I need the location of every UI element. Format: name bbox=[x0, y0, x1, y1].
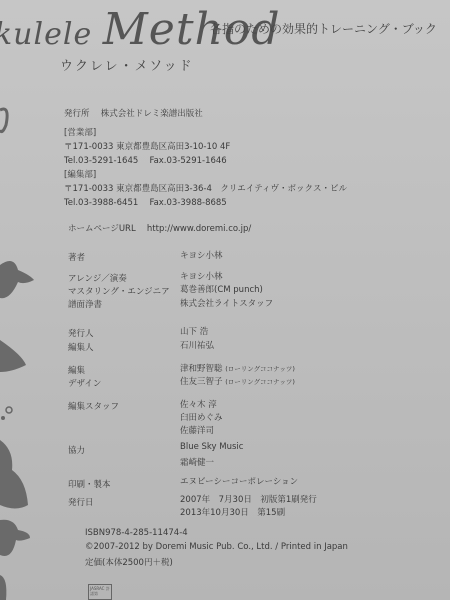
homepage-url[interactable]: http://www.doremi.co.jp/ bbox=[147, 224, 251, 234]
price: 定価(本体2500円＋税) bbox=[85, 556, 173, 568]
credit-value: 2013年10月30日 第15刷 bbox=[180, 506, 285, 518]
homepage-label: ホームページURL bbox=[68, 224, 136, 234]
publisher-line: 発行所 株式会社ドレミ楽譜出版社 bbox=[64, 107, 203, 119]
credit-label: 著者 bbox=[68, 251, 85, 263]
jasrac-stamp: JASRAC 許諾第 bbox=[88, 584, 112, 600]
credit-value: 霜崎健一 bbox=[180, 456, 214, 468]
sales-dept-address: 〒171-0033 東京都豊島区高田3-10-10 4F bbox=[64, 140, 230, 152]
editorial-dept-address: 〒171-0033 東京都豊島区高田3-36-4 クリエイティヴ・ボックス・ビル bbox=[64, 182, 347, 194]
credit-value: 葛巻善郎(CM punch) bbox=[180, 283, 263, 295]
credit-label: マスタリング・エンジニア bbox=[68, 285, 170, 297]
credit-value: 佐藤洋司 bbox=[180, 424, 214, 436]
editor-affiliation: (ローリングココナッツ) bbox=[225, 365, 295, 373]
credit-value: Blue Sky Music bbox=[180, 442, 243, 452]
homepage-line: ホームページURL http://www.doremi.co.jp/ bbox=[68, 222, 251, 234]
publisher-name: 株式会社ドレミ楽譜出版社 bbox=[101, 109, 203, 119]
sales-dept-tel-fax: Tel.03-5291-1645 Fax.03-5291-1646 bbox=[64, 154, 227, 166]
credit-label: 編集 bbox=[68, 364, 85, 376]
credit-label: アレンジ／演奏 bbox=[68, 272, 127, 284]
credit-value: 住友三智子 (ローリングココナッツ) bbox=[180, 375, 295, 387]
credit-value: キヨシ小林 bbox=[180, 270, 223, 282]
colophon-page: kulele Method 各指のための効果的トレーニング・ブック ウクレレ・メ… bbox=[0, 0, 450, 600]
credit-label: 印刷・製本 bbox=[68, 478, 111, 490]
publisher-label: 発行所 bbox=[64, 109, 90, 119]
credit-label: 編集スタッフ bbox=[68, 400, 119, 412]
credit-value: 山下 浩 bbox=[180, 325, 208, 337]
credit-label: 発行人 bbox=[68, 327, 94, 339]
designer-name: 住友三智子 bbox=[180, 377, 223, 387]
credit-value: 2007年 7月30日 初版第1刷発行 bbox=[180, 493, 317, 505]
editor-name: 津和野智聡 bbox=[180, 364, 223, 374]
credit-value: 佐々木 淳 bbox=[180, 398, 217, 410]
credit-label: 発行日 bbox=[68, 496, 94, 508]
credit-label: 協力 bbox=[68, 444, 85, 456]
credit-value: 津和野智聡 (ローリングココナッツ) bbox=[180, 362, 295, 374]
copyright: ©2007-2012 by Doremi Music Pub. Co., Ltd… bbox=[85, 542, 348, 552]
designer-affiliation: (ローリングココナッツ) bbox=[225, 378, 295, 386]
editorial-dept-tel-fax: Tel.03-3988-6451 Fax.03-3988-8685 bbox=[64, 196, 227, 208]
book-subtitle: 各指のための効果的トレーニング・ブック bbox=[210, 20, 437, 37]
credit-value: キヨシ小林 bbox=[180, 249, 223, 261]
book-kana-title: ウクレレ・メソッド bbox=[60, 55, 194, 74]
isbn: ISBN978-4-285-11474-4 bbox=[85, 528, 188, 538]
decorative-flourish-icon bbox=[0, 0, 60, 600]
credit-value: 臼田めぐみ bbox=[180, 411, 223, 423]
credit-label: 編集人 bbox=[68, 341, 94, 353]
credit-value: 石川祐弘 bbox=[180, 339, 214, 351]
credit-label: デザイン bbox=[68, 377, 101, 389]
sales-dept-heading: [営業部] bbox=[64, 126, 96, 138]
editorial-dept-heading: [編集部] bbox=[64, 168, 96, 180]
credit-value: 株式会社ライトスタッフ bbox=[180, 297, 273, 309]
title-prefix: kulele bbox=[0, 17, 103, 52]
credit-value: エヌビーシーコーポレーション bbox=[180, 475, 298, 487]
credit-label: 譜面浄書 bbox=[68, 298, 102, 310]
